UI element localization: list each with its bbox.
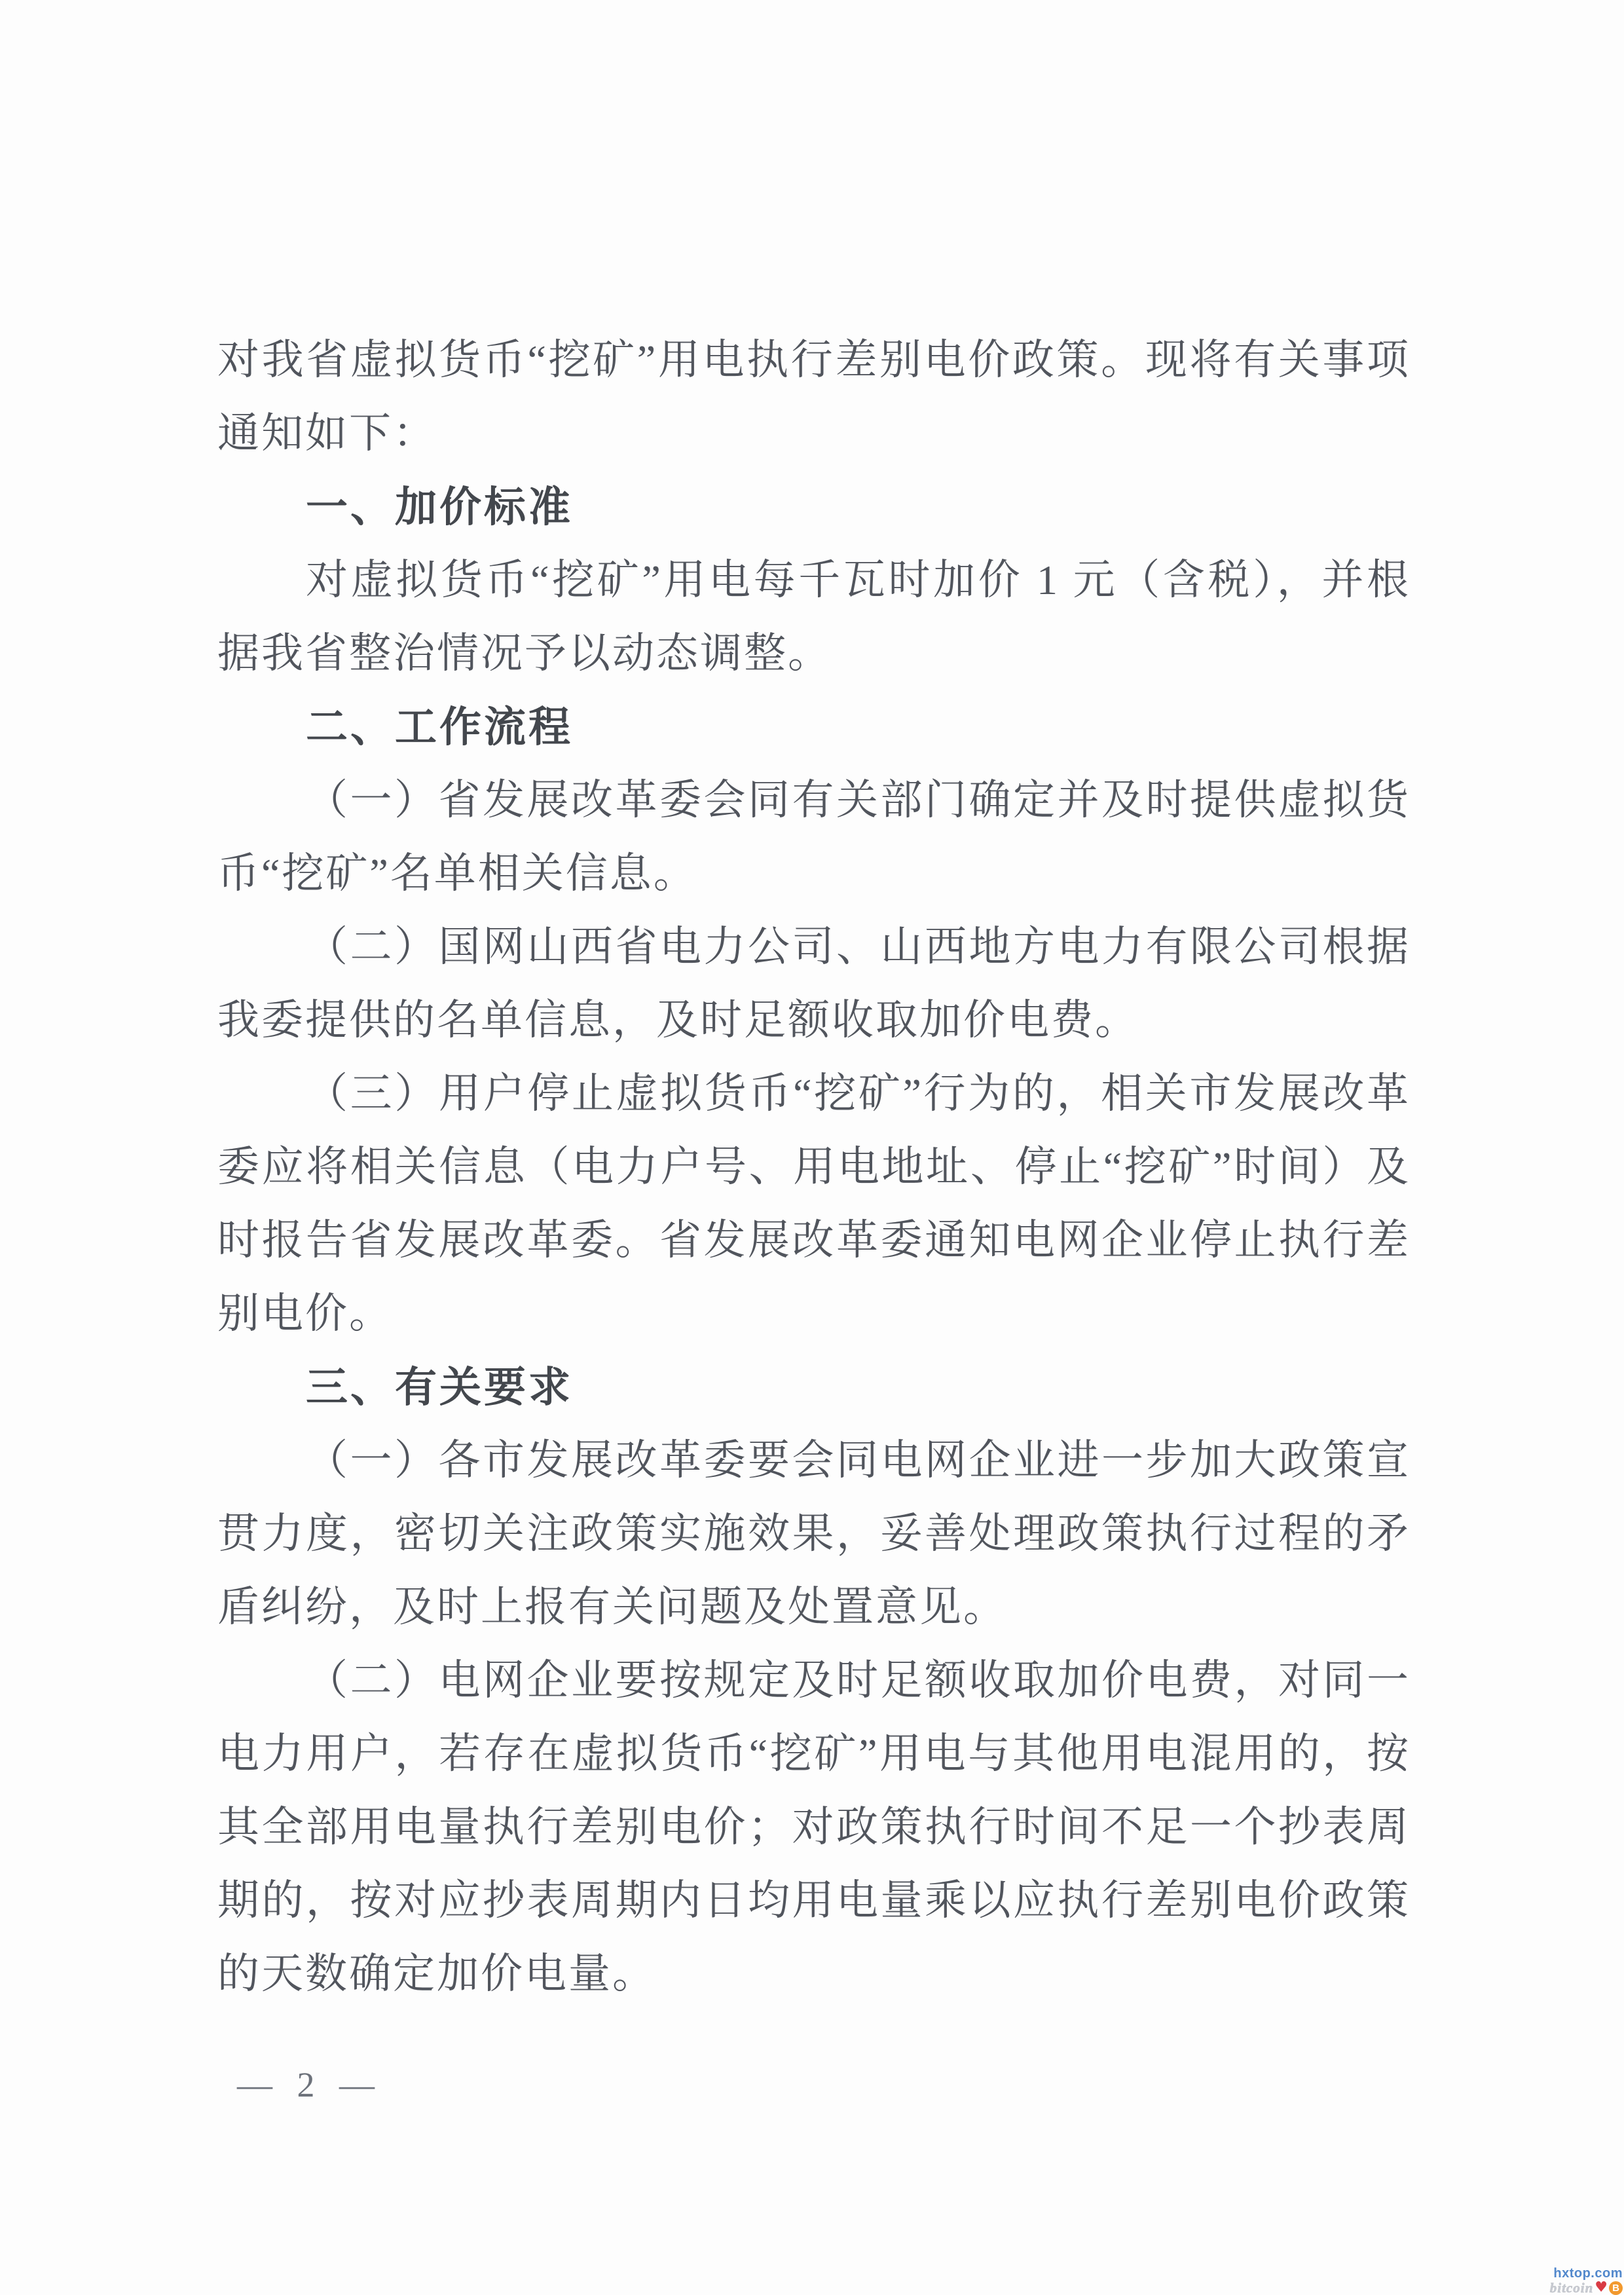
body-paragraph: （二）电网企业要按规定及时足额收取加价电费，对同一电力用户，若存在虚拟货币“挖矿… (217, 1644, 1411, 2011)
heart-icon: ♥ (1595, 2281, 1608, 2295)
bitcoin-caption-text: bitcoin (1550, 2281, 1594, 2295)
bitcoin-coin-icon: B (1609, 2281, 1623, 2295)
watermark-caption-row: bitcoin ♥ B (1550, 2281, 1623, 2295)
page-number: — 2 — (237, 2064, 382, 2105)
body-paragraph: （二）国网山西省电力公司、山西地方电力有限公司根据我委提供的名单信息，及时足额收… (217, 910, 1411, 1057)
body-paragraph: （一）各市发展改革委要会同电网企业进一步加大政策宣贯力度，密切关注政策实施效果，… (217, 1424, 1411, 1644)
body-paragraph: （三）用户停止虚拟货币“挖矿”行为的，相关市发展改革委应将相关信息（电力户号、用… (217, 1057, 1411, 1351)
section-heading: 二、工作流程 (217, 690, 1411, 764)
section-heading: 一、加价标准 (217, 470, 1411, 544)
section-heading: 三、有关要求 (217, 1351, 1411, 1424)
body-paragraph: （一）省发展改革委会同有关部门确定并及时提供虚拟货币“挖矿”名单相关信息。 (217, 764, 1411, 910)
watermark-site-text: hxtop.com (1550, 2267, 1623, 2280)
body-paragraph: 对我省虚拟货币“挖矿”用电执行差别电价政策。现将有关事项通知如下： (217, 324, 1411, 470)
watermark: hxtop.com bitcoin ♥ B (1550, 2267, 1623, 2295)
body-paragraph: 对虚拟货币“挖矿”用电每千瓦时加价 1 元（含税），并根据我省整治情况予以动态调… (217, 544, 1411, 690)
document-body: 对我省虚拟货币“挖矿”用电执行差别电价政策。现将有关事项通知如下： 一、加价标准… (217, 324, 1411, 2011)
document-page: 对我省虚拟货币“挖矿”用电执行差别电价政策。现将有关事项通知如下： 一、加价标准… (0, 0, 1624, 2295)
